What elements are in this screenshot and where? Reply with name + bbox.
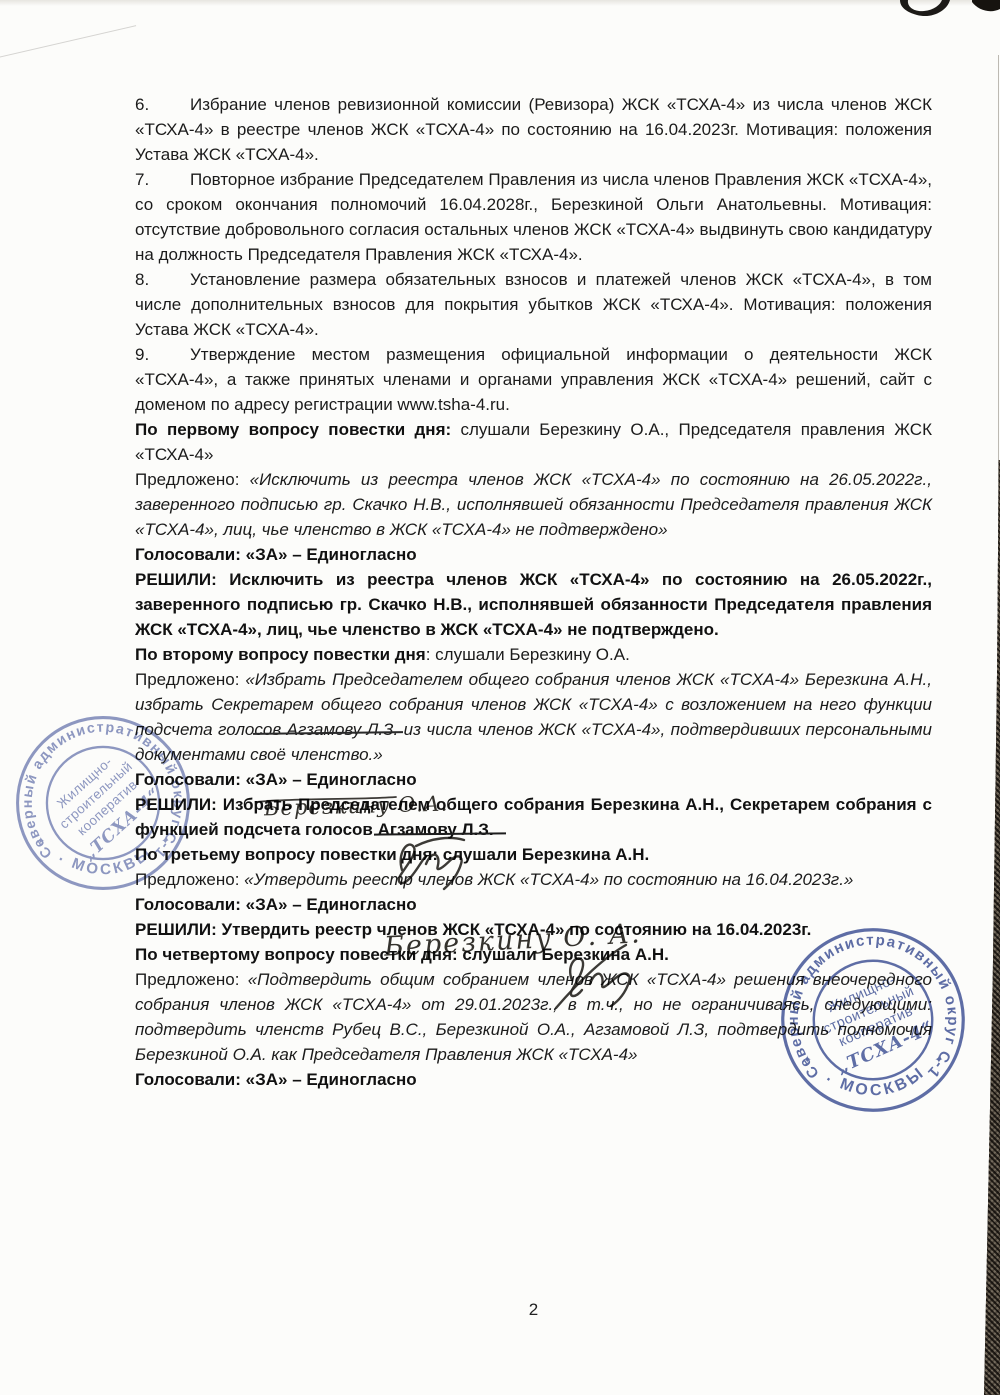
proposed-text: «Утвердить реестр членов ЖСК «ТСХА-4» по… bbox=[244, 870, 853, 889]
voted-q2: Голосовали: «ЗА» – Единогласно bbox=[135, 767, 932, 792]
section-heading-q1: По первому вопросу повестки дня: слушали… bbox=[135, 417, 932, 467]
signature-1 bbox=[388, 830, 488, 892]
pen-stroke bbox=[254, 794, 399, 806]
item-number: 7. bbox=[135, 167, 190, 192]
item-text: Избрание членов ревизионной комиссии (Ре… bbox=[135, 95, 932, 164]
scan-corner-marks bbox=[898, 0, 1000, 22]
proposed-label: Предложено: bbox=[135, 470, 250, 489]
section-heading-q3: По третьему вопросу повестки дня: слушал… bbox=[135, 842, 932, 867]
proposed-label: Предложено: bbox=[135, 670, 245, 689]
item-text: Утверждение местом размещения официально… bbox=[135, 345, 932, 414]
heading-emphasis: По первому вопросу повестки дня: bbox=[135, 420, 451, 439]
voted-q1: Голосовали: «ЗА» – Единогласно bbox=[135, 542, 932, 567]
proposed-q2: Предложено: «Избрать Председателем общег… bbox=[135, 667, 932, 767]
round-stamp-right: Северный административный округ С-1 г. М… bbox=[779, 926, 967, 1114]
section-heading-q2: По второму вопросу повестки дня: слушали… bbox=[135, 642, 932, 667]
stamp-separator: ✦ bbox=[803, 1055, 812, 1066]
page-number: 2 bbox=[135, 1300, 932, 1320]
voted-q3: Голосовали: «ЗА» – Единогласно bbox=[135, 892, 932, 917]
stamp-separator: ✦ bbox=[161, 836, 169, 847]
resolved-q1: РЕШИЛИ: Исключить из реестра членов ЖСК … bbox=[135, 567, 932, 642]
agenda-item-9: 9.Утверждение местом размещения официаль… bbox=[135, 342, 932, 417]
item-text: Установление размера обязательных взносо… bbox=[135, 270, 932, 339]
item-number: 8. bbox=[135, 267, 190, 292]
proposed-q3: Предложено: «Утвердить реестр членов ЖСК… bbox=[135, 867, 932, 892]
item-number: 9. bbox=[135, 342, 190, 367]
proposed-q1: Предложено: «Исключить из реестра членов… bbox=[135, 467, 932, 542]
signature-2 bbox=[548, 938, 660, 1014]
round-stamp-left: Северный административный округ С-1 г. М… bbox=[14, 714, 192, 892]
scan-crease-line bbox=[0, 25, 136, 60]
heading-rest: : слушали Березкину О.А. bbox=[426, 645, 630, 664]
agenda-item-7: 7.Повторное избрание Председателем Правл… bbox=[135, 167, 932, 267]
stamp-separator: ✦ bbox=[37, 836, 45, 847]
agenda-item-8: 8.Установление размера обязательных взно… bbox=[135, 267, 932, 342]
stamp-separator: ✦ bbox=[934, 1055, 943, 1066]
agenda-item-6: 6.Избрание членов ревизионной комиссии (… bbox=[135, 92, 932, 167]
item-number: 6. bbox=[135, 92, 190, 117]
proposed-label: Предложено: bbox=[135, 970, 248, 989]
item-text: Повторное избрание Председателем Правлен… bbox=[135, 170, 932, 264]
struck-text: Агзамову Л.З. bbox=[287, 720, 399, 739]
document-page: 6.Избрание членов ревизионной комиссии (… bbox=[0, 0, 1000, 1395]
proposed-text: «Исключить из реестра членов ЖСК «ТСХА-4… bbox=[135, 470, 932, 539]
heading-emphasis: По второму вопросу повестки дня bbox=[135, 645, 426, 664]
